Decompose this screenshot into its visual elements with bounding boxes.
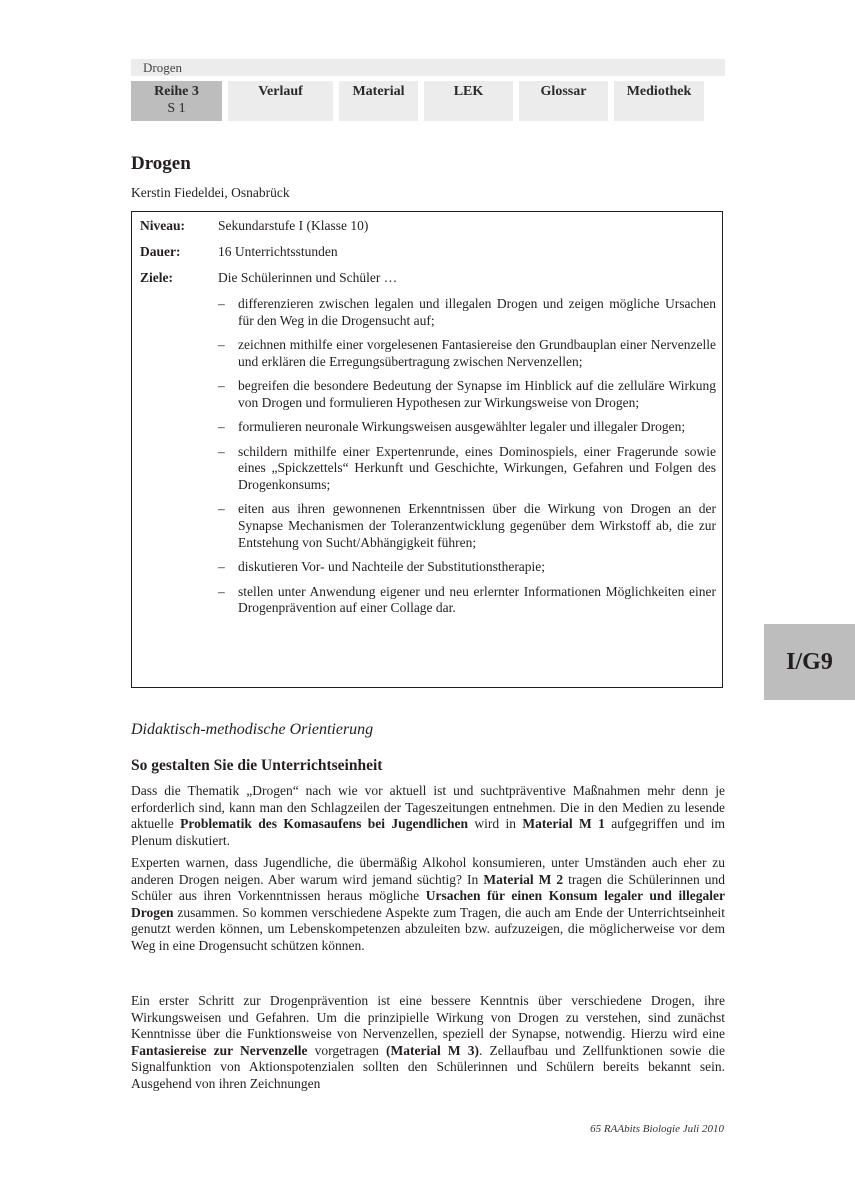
body-text: zusammen. So kommen verschiedene Aspekte… (131, 905, 725, 953)
paragraph: Experten warnen, dass Jugendliche, die ü… (131, 855, 725, 955)
goal-item: –begreifen die besondere Bedeutung der S… (218, 378, 716, 412)
tab-glossar[interactable]: Glossar (519, 81, 608, 121)
dash-bullet: – (218, 337, 225, 354)
goal-text: differenzieren zwischen legalen und ille… (238, 296, 716, 328)
dash-bullet: – (218, 444, 225, 461)
goal-item: –formulieren neuronale Wirkungsweisen au… (218, 419, 716, 436)
tab-label: Mediothek (627, 84, 692, 99)
emphasis-text: Material M 2 (483, 872, 563, 887)
tab-sublabel: S 1 (131, 100, 222, 117)
dash-bullet: – (218, 501, 225, 518)
dash-bullet: – (218, 378, 225, 395)
niveau-value: Sekundarstufe I (Klasse 10) (218, 218, 368, 234)
emphasis-text: Problematik des Komasaufens bei Jugendli… (180, 816, 468, 831)
emphasis-text: (Material M 3) (386, 1043, 479, 1058)
goal-text: eiten aus ihren gewonnenen Erkenntnissen… (238, 501, 716, 550)
tab-label: Verlauf (258, 84, 303, 99)
tab-label: Reihe 3 (154, 84, 199, 99)
emphasis-text: Fantasiereise zur Nervenzelle (131, 1043, 307, 1058)
ziele-intro: Die Schülerinnen und Schüler … (218, 270, 397, 286)
tab-label: LEK (454, 84, 484, 99)
goal-item: –eiten aus ihren gewonnenen Erkenntnisse… (218, 501, 716, 551)
dauer-value: 16 Unterrichtsstunden (218, 244, 338, 260)
dash-bullet: – (218, 584, 225, 601)
info-box: Niveau: Sekundarstufe I (Klasse 10) Daue… (131, 211, 723, 688)
paragraph: Dass die Thematik „Drogen“ nach wie vor … (131, 783, 725, 849)
goal-text: begreifen die besondere Bedeutung der Sy… (238, 378, 716, 410)
topic-bar: Drogen (131, 59, 725, 76)
tab-label: Material (352, 84, 404, 99)
tab-lek[interactable]: LEK (424, 81, 513, 121)
ziele-label: Ziele: (140, 270, 173, 286)
topic-label: Drogen (131, 60, 182, 75)
tab-label: Glossar (541, 84, 587, 99)
tab-verlauf[interactable]: Verlauf (228, 81, 333, 121)
author: Kerstin Fiedeldei, Osnabrück (131, 185, 290, 201)
section-nav: Reihe 3 S 1 Verlauf Material LEK Glossar… (131, 81, 725, 121)
goal-item: –stellen unter Anwendung eigener und neu… (218, 584, 716, 618)
niveau-label: Niveau: (140, 218, 185, 234)
body-text: wird in (468, 816, 522, 831)
goal-item: –differenzieren zwischen legalen und ill… (218, 296, 716, 330)
dash-bullet: – (218, 296, 225, 313)
page-title: Drogen (131, 153, 191, 175)
tab-mediothek[interactable]: Mediothek (614, 81, 704, 121)
dash-bullet: – (218, 559, 225, 576)
dash-bullet: – (218, 419, 225, 436)
goal-item: –zeichnen mithilfe einer vorgelesenen Fa… (218, 337, 716, 371)
emphasis-text: Material M 1 (522, 816, 605, 831)
goal-text: schildern mithilfe einer Expertenrunde, … (238, 444, 716, 493)
footer-citation: 65 RAAbits Biologie Juli 2010 (590, 1123, 724, 1135)
goal-text: diskutieren Vor- und Nachteile der Subst… (238, 559, 545, 574)
goals-list: –differenzieren zwischen legalen und ill… (218, 296, 716, 625)
dauer-label: Dauer: (140, 244, 181, 260)
goal-text: zeichnen mithilfe einer vorgelesenen Fan… (238, 337, 716, 369)
goal-item: –schildern mithilfe einer Expertenrunde,… (218, 444, 716, 494)
section-marker: I/G9 (764, 624, 855, 700)
body-text: Ein erster Schritt zur Drogenprävention … (131, 993, 725, 1041)
goal-text: formulieren neuronale Wirkungsweisen aus… (238, 419, 685, 434)
paragraph: Ein erster Schritt zur Drogenprävention … (131, 993, 725, 1093)
body-text: vorgetragen (307, 1043, 386, 1058)
goal-item: –diskutieren Vor- und Nachteile der Subs… (218, 559, 716, 576)
tab-reihe[interactable]: Reihe 3 S 1 (131, 81, 222, 121)
tab-material[interactable]: Material (339, 81, 418, 121)
section-heading: So gestalten Sie die Unterrichtseinheit (131, 757, 382, 775)
section-subtitle: Didaktisch-methodische Orientierung (131, 721, 373, 739)
goal-text: stellen unter Anwendung eigener und neu … (238, 584, 716, 616)
